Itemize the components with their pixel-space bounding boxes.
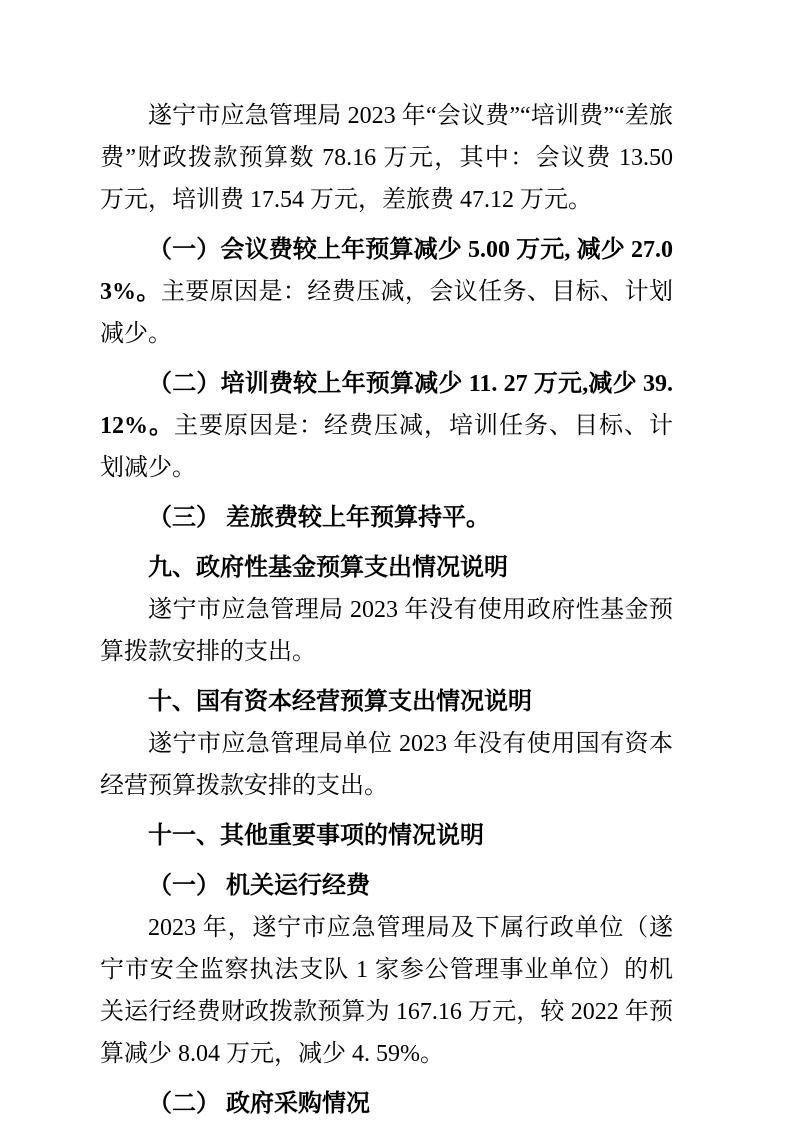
paragraph-subheading: （一） 机关运行经费 — [100, 865, 673, 907]
text-run: 遂宁市应急管理局 2023 年“会议费”“培训费”“差旅费”财政拨款预算数 78… — [100, 103, 673, 213]
text-run-bold: 十一、其他重要事项的情况说明 — [148, 822, 484, 849]
paragraph-section-heading: 十、国有资本经营预算支出情况说明 — [100, 681, 673, 723]
paragraph-subheading: （二） 政府采购情况 — [100, 1083, 673, 1122]
text-run: 遂宁市应急管理局单位 2023 年没有使用国有资本经营预算拨款安排的支出。 — [100, 731, 673, 799]
paragraph-subheading: （三） 差旅费较上年预算持平。 — [100, 497, 673, 539]
paragraph-section-heading: 十一、其他重要事项的情况说明 — [100, 815, 673, 857]
paragraph-body: 遂宁市应急管理局 2023 年“会议费”“培训费”“差旅费”财政拨款预算数 78… — [100, 95, 673, 221]
document-page: 遂宁市应急管理局 2023 年“会议费”“培训费”“差旅费”财政拨款预算数 78… — [0, 0, 793, 1122]
text-run-bold: 九、政府性基金预算支出情况说明 — [148, 554, 508, 581]
paragraph-body: 2023 年，遂宁市应急管理局及下属行政单位（遂宁市安全监察执法支队 1 家参公… — [100, 907, 673, 1075]
text-run-bold: （二） 政府采购情况 — [148, 1091, 370, 1117]
text-run: 主要原因是：经费压减，会议任务、目标、计划减少。 — [100, 279, 673, 347]
paragraph-section-heading: 九、政府性基金预算支出情况说明 — [100, 547, 673, 589]
text-run: 2023 年，遂宁市应急管理局及下属行政单位（遂宁市安全监察执法支队 1 家参公… — [100, 915, 673, 1067]
text-run: 主要原因是：经费压减，培训任务、目标、计划减少。 — [100, 413, 673, 481]
paragraph-body: 遂宁市应急管理局 2023 年没有使用政府性基金预算拨款安排的支出。 — [100, 589, 673, 673]
text-run-bold: 十、国有资本经营预算支出情况说明 — [148, 688, 532, 715]
text-run-bold: （三） 差旅费较上年预算持平。 — [148, 505, 490, 531]
paragraph-emphasis-lead: （一）会议费较上年预算减少 5.00 万元, 减少 27.03%。主要原因是：经… — [100, 229, 673, 355]
text-run-bold: （一） 机关运行经费 — [148, 873, 370, 899]
text-run: 遂宁市应急管理局 2023 年没有使用政府性基金预算拨款安排的支出。 — [100, 597, 673, 665]
document-content: 遂宁市应急管理局 2023 年“会议费”“培训费”“差旅费”财政拨款预算数 78… — [100, 95, 673, 1122]
paragraph-emphasis-lead: （二）培训费较上年预算减少 11. 27 万元,减少 39.12%。主要原因是：… — [100, 363, 673, 489]
paragraph-body: 遂宁市应急管理局单位 2023 年没有使用国有资本经营预算拨款安排的支出。 — [100, 723, 673, 807]
